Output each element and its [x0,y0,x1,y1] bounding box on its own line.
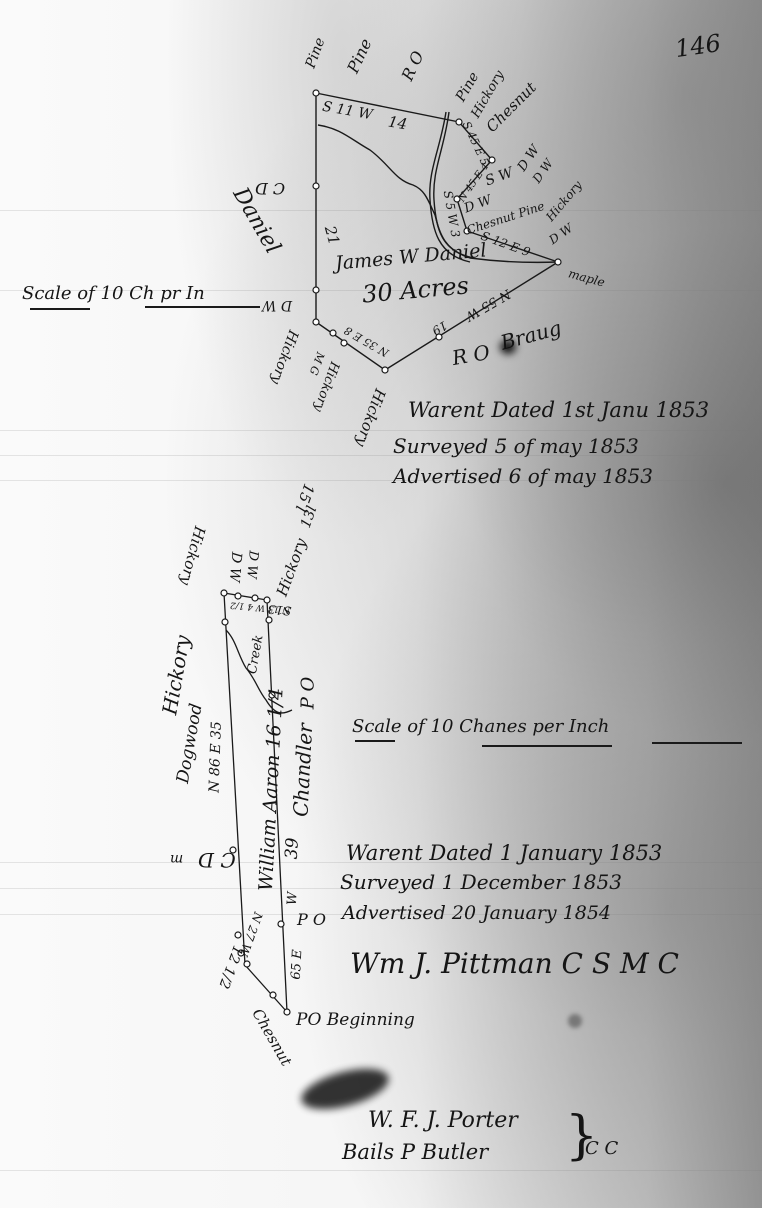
plat-2-warrant-dated: Warent Dated 1 January 1853 [346,843,662,864]
chain-carrier-role: C C [585,1140,618,1158]
label-top-dw1: D W [227,551,244,582]
ink-blot [568,1014,582,1028]
label-west-m: m [170,852,183,866]
label-west-cd: C D [198,850,236,870]
label-beginning: PO Beginning [296,1012,415,1029]
label-east-39: 39 [284,837,302,860]
plat-2-scale: Scale of 10 Chanes per Inch [352,718,609,736]
underline [355,740,395,742]
chain-carrier-2: Bails P Butler [342,1142,488,1163]
chain-carrier-1: W. F. J. Porter [368,1110,518,1132]
label-east-po: P O [297,912,326,928]
label-west-bearing: N 86 E 35 [207,721,223,793]
label-top-dw2: D W [244,550,259,579]
label-po-right: P O [299,677,317,710]
label-east-chandler: Chandler [290,723,315,818]
underline [482,745,612,747]
underline [652,742,742,744]
plat-2-surveyed: Surveyed 1 December 1853 [340,872,622,892]
plat-2-advertised: Advertised 20 January 1854 [342,904,611,923]
label-east-w: W [286,891,300,905]
label-top-s13: S13 [268,603,292,617]
surveyor-signature: Wm J. Pittman C S M C [350,950,679,978]
label-east-65: 65 E [290,949,305,980]
survey-book-page: 146 [0,0,762,1208]
